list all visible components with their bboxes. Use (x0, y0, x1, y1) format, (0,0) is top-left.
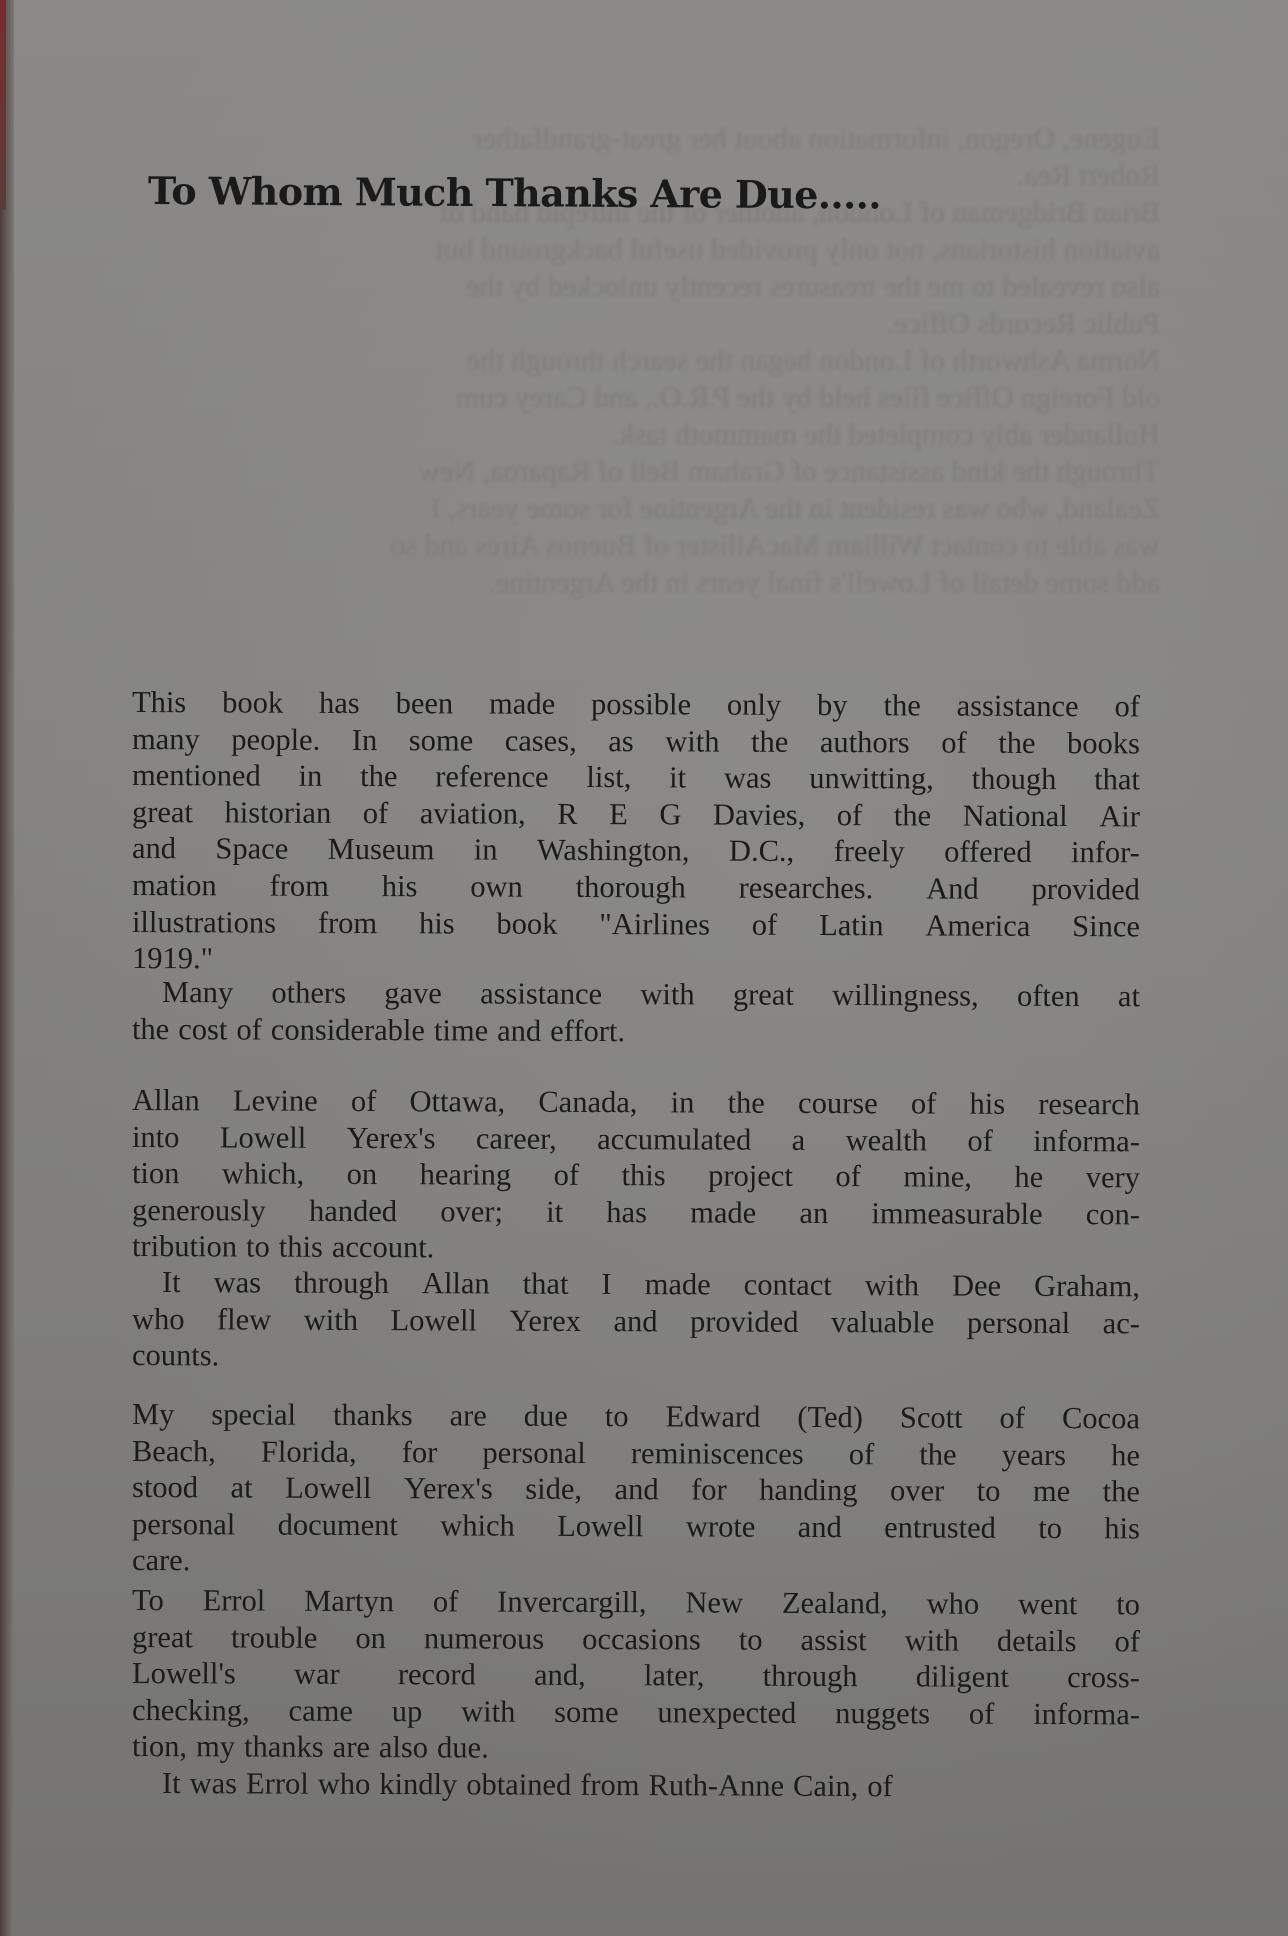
text-line: stoodatLowellYerex'sside,andforhandingov… (132, 1469, 1140, 1509)
text-line: tionwhich,onhearingofthisprojectofmine,h… (132, 1155, 1140, 1195)
text-line: greattroubleonnumerousoccasionstoassistw… (132, 1619, 1140, 1659)
text-line: counts. (132, 1337, 1140, 1377)
text-line: intoLowellYerex'scareer,accumulatedaweal… (132, 1119, 1140, 1159)
text-line: MyspecialthanksareduetoEdward(Ted)Scotto… (132, 1396, 1140, 1436)
text-line: Lowell'swarrecordand,later,throughdilige… (132, 1655, 1140, 1695)
text-line: thecostofconsiderabletimeandeffort. (132, 1011, 1140, 1051)
text-line: tributiontothisaccount. (132, 1228, 1140, 1268)
text-line: care. (132, 1542, 1140, 1582)
book-page: Eugene, Oregon, information about her gr… (0, 0, 1288, 1936)
text-line: ItwasErrolwhokindlyobtainedfromRuth-Anne… (162, 1765, 1140, 1805)
text-line: ToErrolMartynofInvercargill,NewZealand,w… (132, 1582, 1140, 1622)
text-line: generouslyhandedover;ithasmadeanimmeasur… (132, 1192, 1140, 1232)
text-line: tion,mythanksarealsodue. (132, 1728, 1140, 1768)
text-line: mationfromhisownthoroughresearches.Andpr… (132, 867, 1140, 907)
text-line: greathistorianofaviation,REGDavies,ofthe… (132, 794, 1140, 834)
text-line: Beach,Florida,forpersonalreminiscencesof… (132, 1433, 1140, 1473)
text-line: andSpaceMuseuminWashington,D.C.,freelyof… (132, 830, 1140, 870)
text-line: mentionedinthereferencelist,itwasunwitti… (132, 757, 1140, 797)
text-line: checking,cameupwithsomeunexpectednuggets… (132, 1692, 1140, 1732)
book-binding-edge (0, 0, 14, 1936)
text-line: manypeople.Insomecases,aswiththeauthorso… (132, 721, 1140, 761)
text-line: ItwasthroughAllanthatImadecontactwithDee… (162, 1264, 1140, 1304)
text-line: illustrationsfromhisbook"AirlinesofLatin… (132, 904, 1140, 944)
text-line: personaldocumentwhichLowellwroteandentru… (132, 1506, 1140, 1546)
text-line: whoflewwithLowellYerexandprovidedvaluabl… (132, 1301, 1140, 1341)
book-cover-red-edge (0, 0, 6, 210)
page-heading: To Whom Much Thanks Are Due..... (148, 168, 881, 217)
text-line: Manyothersgaveassistancewithgreatwilling… (162, 974, 1140, 1014)
text-line: Thisbookhasbeenmadepossibleonlybytheassi… (132, 684, 1140, 724)
text-line: AllanLevineofOttawa,Canada,inthecourseof… (132, 1082, 1140, 1122)
